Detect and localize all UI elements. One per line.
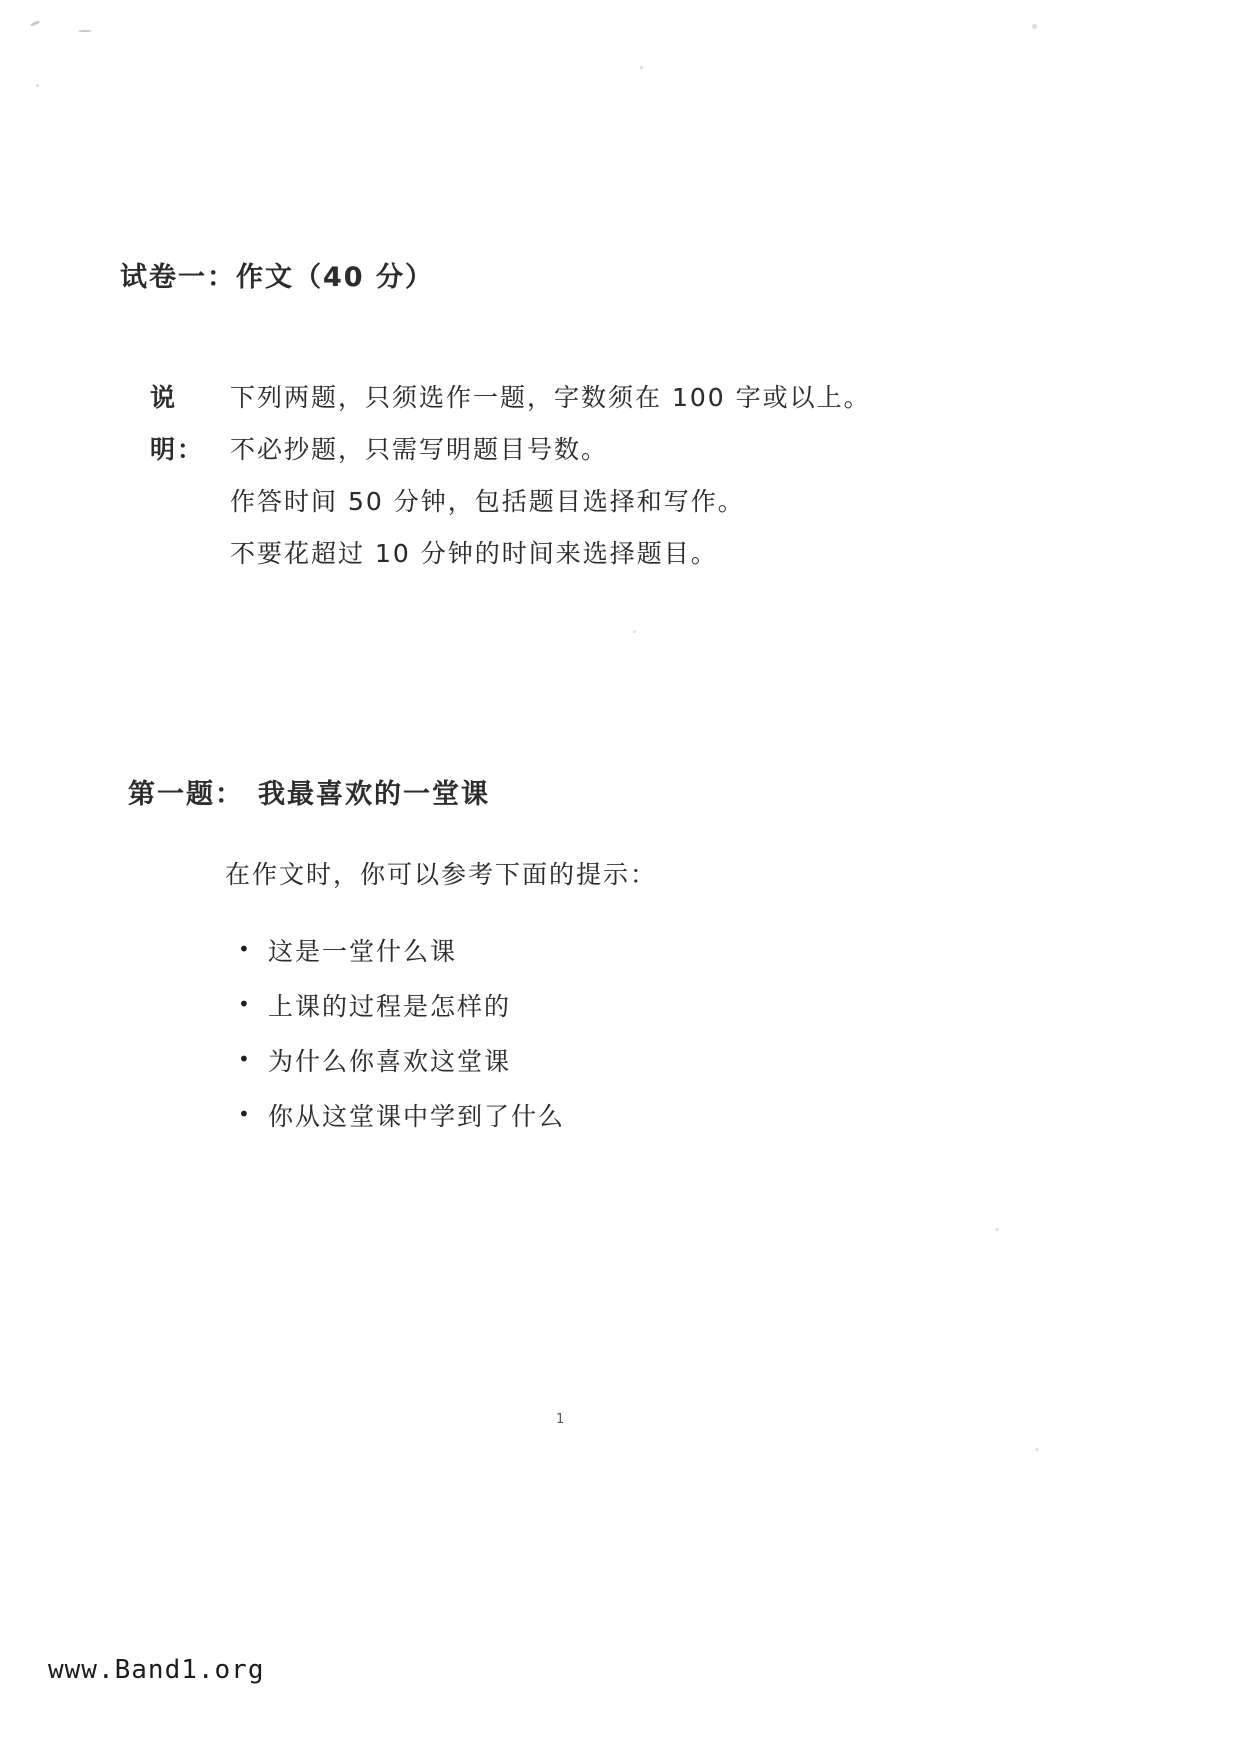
scan-artifact bbox=[30, 20, 40, 27]
instructions-lines: 下列两题，只须选作一题，字数须在 100 字或以上。 不必抄题，只需写明题目号数… bbox=[230, 372, 950, 580]
scan-artifact bbox=[78, 30, 92, 32]
instruction-line: 下列两题，只须选作一题，字数须在 100 字或以上。 bbox=[230, 372, 950, 424]
question-label: 第一题： bbox=[128, 779, 244, 810]
hint-list: • 这是一堂什么课 • 上课的过程是怎样的 • 为什么你喜欢这堂课 • 你从这堂… bbox=[238, 932, 565, 1152]
scan-artifact bbox=[633, 630, 636, 633]
list-item: • 这是一堂什么课 bbox=[238, 932, 565, 987]
hint-text: 上课的过程是怎样的 bbox=[268, 987, 565, 1023]
watermark-text: www.Band1.org bbox=[48, 1655, 265, 1685]
bullet-icon: • bbox=[238, 932, 268, 966]
instruction-line: 不必抄题，只需写明题目号数。 bbox=[230, 424, 950, 476]
question-title: 我最喜欢的一堂课 bbox=[258, 779, 490, 810]
hint-intro: 在作文时，你可以参考下面的提示： bbox=[225, 855, 657, 891]
hint-text: 为什么你喜欢这堂课 bbox=[268, 1042, 565, 1078]
scan-artifact bbox=[36, 84, 39, 87]
paper-title: 试卷一：作文（40 分） bbox=[120, 255, 434, 294]
list-item: • 为什么你喜欢这堂课 bbox=[238, 1042, 565, 1097]
instruction-line: 作答时间 50 分钟，包括题目选择和写作。 bbox=[230, 476, 950, 528]
scan-artifact bbox=[1035, 1448, 1039, 1451]
hint-text: 你从这堂课中学到了什么 bbox=[268, 1097, 565, 1133]
scan-artifact bbox=[640, 66, 643, 69]
hint-text: 这是一堂什么课 bbox=[268, 932, 565, 968]
page-number: 1 bbox=[556, 1412, 564, 1427]
scanned-exam-page: 试卷一：作文（40 分） 说明： 下列两题，只须选作一题，字数须在 100 字或… bbox=[0, 0, 1239, 1754]
instruction-line: 不要花超过 10 分钟的时间来选择题目。 bbox=[230, 528, 950, 580]
question-heading: 第一题：我最喜欢的一堂课 bbox=[128, 772, 490, 811]
list-item: • 你从这堂课中学到了什么 bbox=[238, 1097, 565, 1152]
scan-artifact bbox=[1032, 24, 1037, 29]
bullet-icon: • bbox=[238, 1097, 268, 1131]
list-item: • 上课的过程是怎样的 bbox=[238, 987, 565, 1042]
instructions-block: 说明： 下列两题，只须选作一题，字数须在 100 字或以上。 不必抄题，只需写明… bbox=[150, 372, 950, 580]
bullet-icon: • bbox=[238, 1042, 268, 1076]
instructions-label: 说明： bbox=[150, 372, 230, 476]
bullet-icon: • bbox=[238, 987, 268, 1021]
scan-artifact bbox=[995, 1228, 999, 1231]
